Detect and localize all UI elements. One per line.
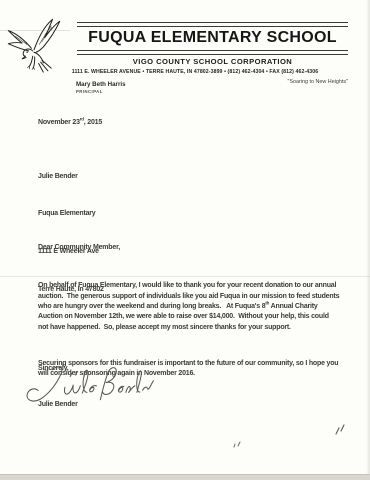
handwritten-signature [20, 364, 154, 404]
header-double-rule-top [77, 22, 348, 23]
scan-background-edge [0, 474, 370, 480]
date-rest: , 2015 [84, 119, 102, 126]
school-motto: "Soaring to New Heights" [230, 79, 348, 85]
salutation: Dear Community Member, [38, 243, 340, 253]
date-main: November 23 [38, 119, 80, 126]
letter-date: November 23rd, 2015 [38, 118, 102, 128]
recipient-name: Julie Bender [38, 172, 238, 182]
header-double-rule-bottom-2 [77, 54, 348, 55]
header-double-rule-top-2 [77, 26, 348, 27]
pen-mark [232, 441, 242, 450]
header-double-rule-bottom [77, 50, 348, 51]
school-name: FUQUA ELEMENTARY SCHOOL [77, 29, 348, 46]
scan-right-edge [366, 0, 370, 474]
scanned-letter-page: FUQUA ELEMENTARY SCHOOL VIGO COUNTY SCHO… [0, 0, 370, 480]
organization-name: VIGO COUNTY SCHOOL CORPORATION [77, 58, 348, 66]
principal-name: Mary Beth Harris [76, 81, 126, 88]
letter-paper: FUQUA ELEMENTARY SCHOOL VIGO COUNTY SCHO… [0, 0, 370, 474]
recipient-org: Fuqua Elementary [38, 209, 238, 219]
body-paragraph-1: On behalf of Fuqua Elementary, I would l… [38, 281, 340, 333]
letterhead-address: 1111 E. WHEELER AVENUE • TERRE HAUTE, IN… [40, 69, 350, 75]
principal-title: PRINCIPAL [76, 89, 103, 94]
pen-mark [333, 423, 347, 437]
